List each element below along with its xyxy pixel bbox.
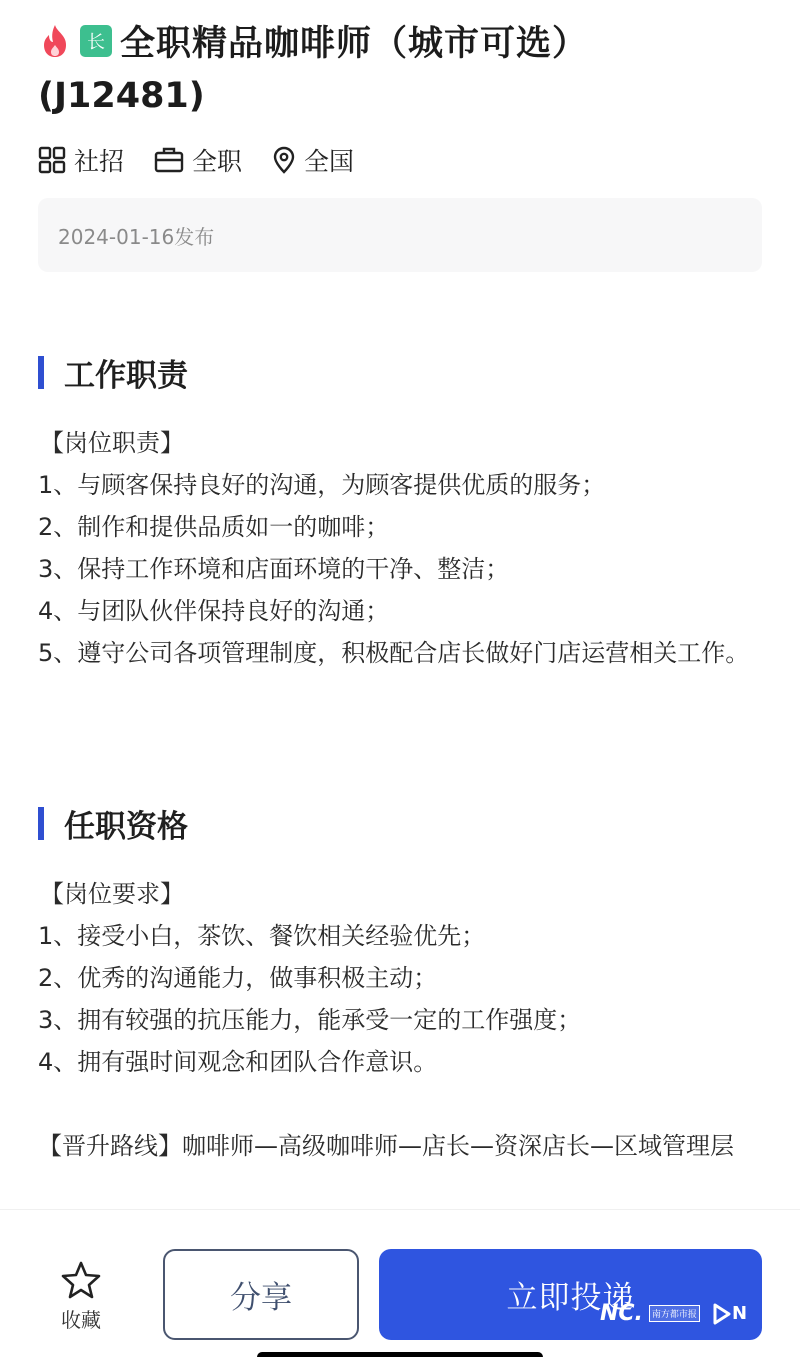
list-item: 3、保持工作环境和店面环境的干净、整洁； xyxy=(38,548,768,590)
section-accent-bar xyxy=(38,807,44,840)
publish-date: 2024-01-16发布 xyxy=(58,221,214,250)
tag-location: 全国 xyxy=(272,142,354,178)
home-indicator xyxy=(257,1352,543,1357)
section-title: 工作职责 xyxy=(64,350,188,395)
news-watermark: NC. 南方都市报 N xyxy=(600,1301,747,1326)
favorite-button[interactable]: 收藏 xyxy=(50,1260,112,1333)
publish-date-box: 2024-01-16发布 xyxy=(38,198,762,272)
section-header-qualifications: 任职资格 xyxy=(38,803,188,843)
fire-hot-icon xyxy=(38,23,72,59)
list-item: 4、拥有强时间观念和团队合作意识。 xyxy=(38,1041,768,1083)
job-title-block: 长 全职精品咖啡师（城市可选） (J12481) xyxy=(38,16,778,126)
location-pin-icon xyxy=(272,146,296,174)
qualifications-content: 【岗位要求】 1、接受小白，茶饮、餐饮相关经验优先； 2、优秀的沟通能力，做事积… xyxy=(38,873,768,1167)
promotion-path: 【晋升路线】咖啡师—高级咖啡师—店长—资深店长—区域管理层 xyxy=(38,1125,768,1167)
list-item: 2、制作和提供品质如一的咖啡； xyxy=(38,506,768,548)
bottom-action-bar: 收藏 分享 立即投递 xyxy=(0,1209,800,1357)
apply-now-button[interactable]: 立即投递 xyxy=(379,1249,762,1340)
list-item: 1、与顾客保持良好的沟通，为顾客提供优质的服务； xyxy=(38,464,768,506)
responsibilities-content: 【岗位职责】 1、与顾客保持良好的沟通，为顾客提供优质的服务； 2、制作和提供品… xyxy=(38,422,768,674)
job-tags: 社招 全职 全国 xyxy=(38,140,384,180)
subheading: 【岗位职责】 xyxy=(38,422,768,464)
tag-label: 全职 xyxy=(192,142,242,178)
section-accent-bar xyxy=(38,356,44,389)
tag-recruit-type: 社招 xyxy=(38,142,124,178)
job-id: (J12481) xyxy=(38,66,778,126)
list-item: 2、优秀的沟通能力，做事积极主动； xyxy=(38,957,768,999)
share-button[interactable]: 分享 xyxy=(163,1249,359,1340)
list-item: 4、与团队伙伴保持良好的沟通； xyxy=(38,590,768,632)
watermark-nc-logo: NC. xyxy=(600,1301,643,1326)
tag-label: 社招 xyxy=(74,142,124,178)
favorite-label: 收藏 xyxy=(61,1304,101,1333)
list-item: 5、遵守公司各项管理制度，积极配合店长做好门店运营相关工作。 xyxy=(38,632,768,674)
grid-icon xyxy=(38,146,66,174)
tag-label: 全国 xyxy=(304,142,354,178)
watermark-paper-name: 南方都市报 xyxy=(649,1305,700,1322)
job-title: 全职精品咖啡师（城市可选） xyxy=(120,16,588,66)
list-item: 3、拥有较强的抗压能力，能承受一定的工作强度； xyxy=(38,999,768,1041)
tag-job-type: 全职 xyxy=(154,142,242,178)
star-icon xyxy=(60,1260,102,1300)
long-term-badge: 长 xyxy=(80,25,112,57)
section-header-responsibilities: 工作职责 xyxy=(38,352,188,392)
watermark-play-logo-icon xyxy=(712,1303,732,1325)
subheading: 【岗位要求】 xyxy=(38,873,768,915)
list-item: 1、接受小白，茶饮、餐饮相关经验优先； xyxy=(38,915,768,957)
watermark-n: N xyxy=(732,1303,747,1324)
section-title: 任职资格 xyxy=(64,801,188,846)
briefcase-icon xyxy=(154,146,184,174)
